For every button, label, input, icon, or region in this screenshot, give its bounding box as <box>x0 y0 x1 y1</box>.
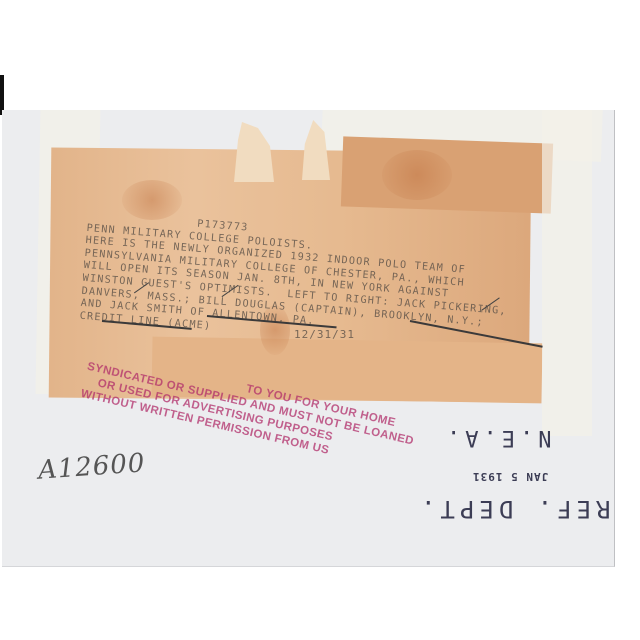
agency-stamp: N.E.A. <box>442 425 551 450</box>
received-date-stamp: JAN 5 1931 <box>472 470 548 483</box>
department-stamp: REF. DEPT. <box>416 495 611 523</box>
scan-edge-mark <box>0 75 4 115</box>
stain <box>382 150 452 200</box>
caption-date: 12/31/31 <box>294 328 355 341</box>
handwritten-file-number: A12600 <box>37 448 146 485</box>
photo-back: P173773PENN MILITARY COLLEGE POLOISTS. H… <box>2 110 615 567</box>
paper-tear <box>234 122 274 182</box>
tape-strip-right <box>542 110 592 436</box>
